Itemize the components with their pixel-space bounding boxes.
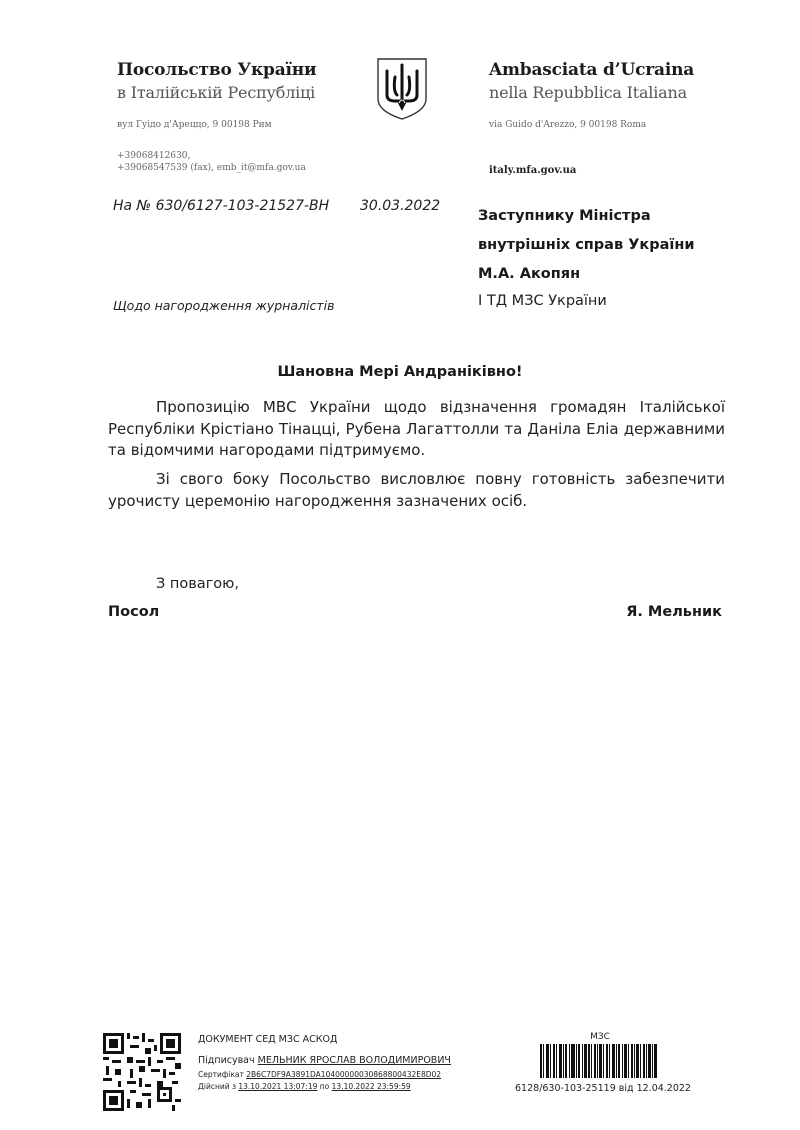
valid-to-label: по [320,1082,330,1091]
embassy-contacts: +39068412630, +39068547539 (fax), emb_it… [117,150,306,174]
embassy-name-uk: Посольство України [117,60,316,80]
valid-from: 13.10.2021 13:07:19 [238,1082,317,1091]
addressee-line-2: внутрішніх справ України [478,231,738,260]
certificate-value: 2B6C7DF9A3891DA10400000030868800432E8D02 [246,1070,441,1079]
addressee-copy: І ТД МЗС України [478,289,738,313]
barcode [540,1044,657,1078]
signer-info: Підписувач МЕЛЬНИК ЯРОСЛАВ ВОЛОДИМИРОВИЧ [198,1055,451,1066]
embassy-phone: +39068412630, [117,150,306,162]
addressee-line-1: Заступнику Міністра [478,202,738,231]
signatory-name: Я. Мельник [626,604,722,620]
embassy-name-it: Ambasciata d’Ucraina [489,60,694,80]
embassy-country-it: nella Repubblica Italiana [489,83,687,102]
certificate-info: Сертифікат 2B6C7DF9A3891DA10400000030868… [198,1070,441,1079]
embassy-fax-email: +39068547539 (fax), emb_it@mfa.gov.ua [117,162,306,174]
qr-code [103,1033,181,1111]
signer-name: МЕЛЬНИК ЯРОСЛАВ ВОЛОДИМИРОВИЧ [258,1055,451,1066]
signer-label: Підписувач [198,1055,255,1066]
valid-from-label: Дійсний з [198,1082,236,1091]
certificate-label: Сертифікат [198,1070,244,1079]
embassy-address-uk: вул Гуідо д'Ареццо, 9 00198 Рим [117,120,272,130]
embassy-website: italy.mfa.gov.ua [489,165,576,176]
signatory-position: Посол [108,604,159,620]
letter-subject: Щодо нагородження журналістів [113,298,335,313]
reference-date: 30.03.2022 [360,198,440,214]
closing: З повагою, [156,576,239,592]
addressee-block: Заступнику Міністра внутрішніх справ Укр… [478,202,738,313]
embassy-address-it: via Guido d'Arezzo, 9 00198 Roma [489,120,646,130]
valid-to: 13.10.2022 23:59:59 [332,1082,411,1091]
salutation: Шановна Мері Андраніківно! [0,364,800,380]
registration-number: 6128/630-103-25119 від 12.04.2022 [508,1083,698,1094]
reference-number: На № 630/6127-103-21527-ВН [113,198,329,214]
barcode-label: МЗС [510,1032,690,1042]
validity-info: Дійсний з 13.10.2021 13:07:19 по 13.10.2… [198,1082,411,1091]
doc-system-label: ДОКУМЕНТ СЕД МЗС АСКОД [198,1034,337,1045]
trident-coat-of-arms-icon [375,57,429,121]
body-paragraph-2: Зі свого боку Посольство висловлює повну… [108,469,725,512]
addressee-name: М.А. Акопян [478,260,738,289]
embassy-country-uk: в Італійській Республіці [117,83,315,102]
body-paragraph-1: Пропозицію МВС України щодо відзначення … [108,397,725,462]
